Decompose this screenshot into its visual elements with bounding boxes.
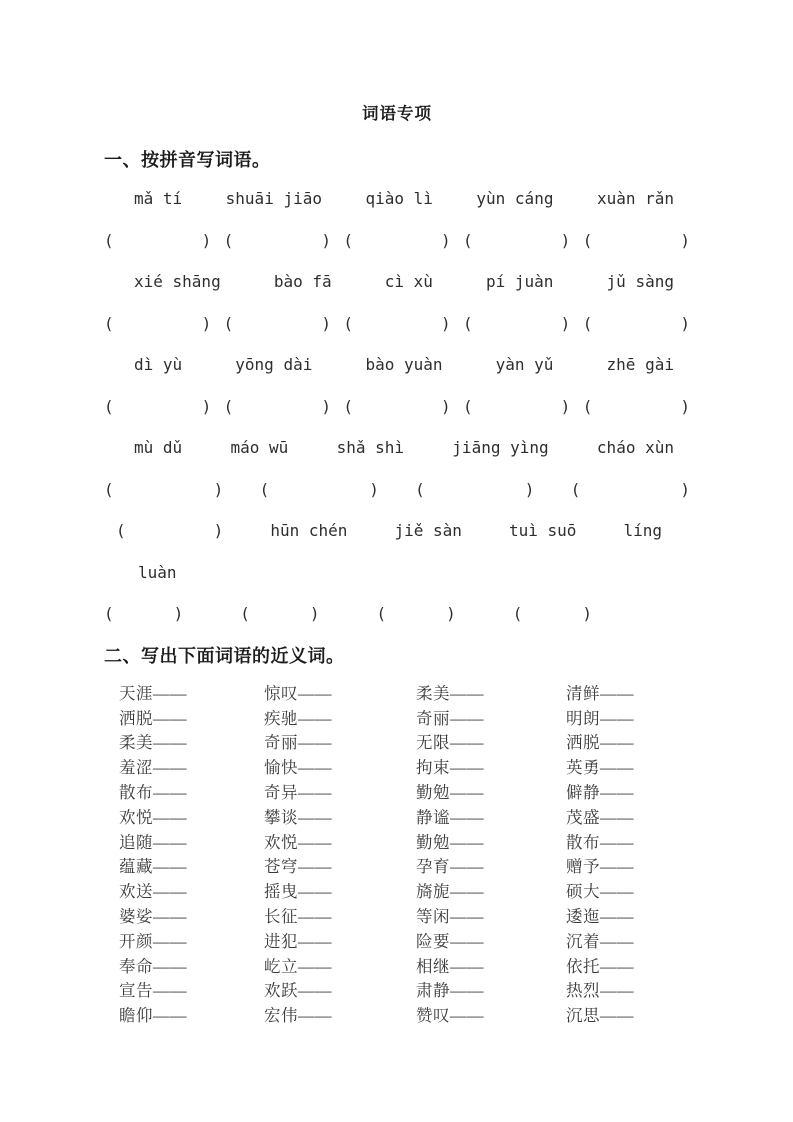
paren-close: )	[680, 314, 690, 333]
answer-blank: ()	[463, 314, 570, 333]
paren-close: )	[441, 397, 451, 416]
synonym-row: 追随—— 欢悦—— 勤勉—— 散布——	[104, 828, 690, 853]
synonym-prompt: 勤勉——	[416, 779, 566, 803]
paren-open: (	[104, 604, 114, 623]
answer-blank: ()	[224, 231, 331, 250]
synonym-prompt: 硕大——	[566, 878, 690, 902]
paren-open: (	[104, 480, 114, 499]
synonym-prompt: 欢悦——	[119, 804, 264, 828]
page-title: 词语专项	[104, 103, 690, 125]
synonym-prompt: 进犯——	[264, 928, 416, 952]
pinyin-item: bào yuàn	[365, 355, 442, 374]
synonym-prompt: 肃静——	[416, 977, 566, 1001]
synonym-prompt: 柔美——	[119, 729, 264, 753]
pinyin-item: qiào lì	[365, 189, 432, 208]
synonym-prompt: 瞻仰——	[119, 1002, 264, 1026]
paren-open: (	[513, 604, 523, 623]
paren-close: )	[446, 604, 456, 623]
answer-blank: ()	[376, 604, 455, 623]
paren-open: (	[583, 397, 593, 416]
paren-open: (	[343, 231, 353, 250]
answer-blanks-row-3: () () () () ()	[104, 386, 690, 428]
synonym-prompt: 静谧——	[416, 804, 566, 828]
pinyin-item: tuì suō	[509, 521, 576, 540]
pinyin-item: jiāng yìng	[452, 438, 548, 457]
answer-blanks-row-2: () () () () ()	[104, 303, 690, 345]
synonym-prompt: 宣告——	[119, 977, 264, 1001]
paren-open: (	[116, 521, 126, 540]
synonym-prompt: 等闲——	[416, 903, 566, 927]
answer-blank: ()	[104, 480, 223, 499]
answer-blank: ()	[240, 604, 319, 623]
synonym-prompt: 沉思——	[566, 1002, 690, 1026]
answer-blank: ()	[463, 231, 570, 250]
synonym-row: 瞻仰—— 宏伟—— 赞叹—— 沉思——	[104, 1002, 690, 1027]
synonym-prompt: 明朗——	[566, 705, 690, 729]
synonym-prompt: 追随——	[119, 829, 264, 853]
paren-open: (	[104, 231, 114, 250]
answer-blank: ()	[104, 397, 211, 416]
pinyin-row-2: xié shāng bào fā cì xù pí juàn jǔ sàng	[104, 261, 690, 303]
synonym-prompt: 旖旎——	[416, 878, 566, 902]
answer-blanks-row-5: () () () ()	[104, 593, 690, 635]
synonym-prompt: 相继——	[416, 953, 566, 977]
synonym-prompt: 沉着——	[566, 928, 690, 952]
answer-blank: ()	[104, 231, 211, 250]
answer-blank: ()	[104, 604, 183, 623]
synonym-prompt: 摇曳——	[264, 878, 416, 902]
paren-close: )	[321, 231, 331, 250]
synonym-row: 欢送—— 摇曳—— 旖旎—— 硕大——	[104, 878, 690, 903]
pinyin-item: pí juàn	[486, 272, 553, 291]
paren-open: (	[224, 397, 234, 416]
paren-close: )	[525, 480, 535, 499]
answer-blank: ()	[104, 314, 211, 333]
section2-synonym-exercise: 天涯—— 惊叹—— 柔美—— 清鲜—— 洒脱—— 疾驰—— 奇丽—— 明朗—— …	[104, 680, 690, 1027]
answer-blanks-row-4: () () () ()	[104, 469, 690, 511]
paren-close: )	[561, 231, 571, 250]
pinyin-item: yōng dài	[235, 355, 312, 374]
answer-blank: ()	[513, 604, 592, 623]
answer-blank: ()	[415, 480, 534, 499]
synonym-prompt: 拘束——	[416, 754, 566, 778]
paren-open: (	[583, 314, 593, 333]
synonym-prompt: 勤勉——	[416, 829, 566, 853]
section1-pinyin-exercise: mǎ tí shuāi jiāo qiào lì yùn cáng xuàn r…	[104, 178, 690, 635]
pinyin-item: dì yù	[134, 355, 182, 374]
answer-blank: ()	[583, 314, 690, 333]
synonym-prompt: 散布——	[119, 779, 264, 803]
paren-close: )	[561, 397, 571, 416]
paren-close: )	[321, 397, 331, 416]
answer-blank: ()	[343, 397, 450, 416]
paren-open: (	[224, 314, 234, 333]
paren-open: (	[104, 314, 114, 333]
synonym-prompt: 愉快——	[264, 754, 416, 778]
pinyin-row-4: mù dǔ máo wū shǎ shì jiāng yìng cháo xùn	[104, 427, 690, 469]
pinyin-item: máo wū	[230, 438, 288, 457]
synonym-prompt: 惊叹——	[264, 680, 416, 704]
synonym-row: 柔美—— 奇丽—— 无限—— 洒脱——	[104, 729, 690, 754]
pinyin-item: xuàn rǎn	[597, 189, 674, 208]
answer-blank: ()	[116, 521, 223, 540]
paren-close: )	[214, 480, 224, 499]
synonym-prompt: 无限——	[416, 729, 566, 753]
paren-open: (	[463, 231, 473, 250]
synonym-prompt: 清鲜——	[566, 680, 690, 704]
paren-close: )	[441, 314, 451, 333]
synonym-prompt: 奇异——	[264, 779, 416, 803]
synonym-prompt: 天涯——	[119, 680, 264, 704]
pinyin-item: jiě sàn	[394, 521, 461, 540]
paren-close: )	[680, 480, 690, 499]
synonym-row: 欢悦—— 攀谈—— 静谧—— 茂盛——	[104, 803, 690, 828]
synonym-prompt: 险要——	[416, 928, 566, 952]
section1-heading: 一、按拼音写词语。	[104, 150, 690, 170]
section2-heading: 二、写出下面词语的近义词。	[104, 646, 690, 666]
pinyin-item: luàn	[138, 563, 177, 582]
answer-blank: ()	[260, 480, 379, 499]
synonym-prompt: 长征——	[264, 903, 416, 927]
synonym-prompt: 依托——	[566, 953, 690, 977]
synonym-row: 洒脱—— 疾驰—— 奇丽—— 明朗——	[104, 704, 690, 729]
synonym-prompt: 孕育——	[416, 853, 566, 877]
paren-open: (	[104, 397, 114, 416]
synonym-prompt: 奇丽——	[264, 729, 416, 753]
paren-open: (	[260, 480, 270, 499]
paren-close: )	[680, 231, 690, 250]
pinyin-item: yàn yǔ	[496, 355, 554, 374]
synonym-prompt: 英勇——	[566, 754, 690, 778]
paren-open: (	[376, 604, 386, 623]
synonym-prompt: 屹立——	[264, 953, 416, 977]
paren-close: )	[582, 604, 592, 623]
pinyin-item: hūn chén	[270, 521, 347, 540]
synonym-row: 奉命—— 屹立—— 相继—— 依托——	[104, 952, 690, 977]
paren-close: )	[321, 314, 331, 333]
paren-close: )	[680, 397, 690, 416]
synonym-row: 蕴藏—— 苍穹—— 孕育—— 赠予——	[104, 853, 690, 878]
pinyin-row-1: mǎ tí shuāi jiāo qiào lì yùn cáng xuàn r…	[104, 178, 690, 220]
synonym-row: 婆娑—— 长征—— 等闲—— 逶迤——	[104, 903, 690, 928]
synonym-prompt: 宏伟——	[264, 1002, 416, 1026]
synonym-prompt: 欢跃——	[264, 977, 416, 1001]
paren-open: (	[240, 604, 250, 623]
answer-blanks-row-1: () () () () ()	[104, 220, 690, 262]
answer-blank: ()	[571, 480, 690, 499]
synonym-prompt: 苍穹——	[264, 853, 416, 877]
pinyin-item: bào fā	[274, 272, 332, 291]
pinyin-item: jǔ sàng	[607, 272, 674, 291]
paren-close: )	[369, 480, 379, 499]
synonym-row: 散布—— 奇异—— 勤勉—— 僻静——	[104, 779, 690, 804]
paren-open: (	[224, 231, 234, 250]
synonym-prompt: 洒脱——	[566, 729, 690, 753]
synonym-prompt: 疾驰——	[264, 705, 416, 729]
synonym-prompt: 逶迤——	[566, 903, 690, 927]
synonym-prompt: 奇丽——	[416, 705, 566, 729]
synonym-row: 开颜—— 进犯—— 险要—— 沉着——	[104, 927, 690, 952]
synonym-prompt: 蕴藏——	[119, 853, 264, 877]
synonym-prompt: 柔美——	[416, 680, 566, 704]
synonym-prompt: 赞叹——	[416, 1002, 566, 1026]
answer-blank: ()	[583, 397, 690, 416]
synonym-prompt: 欢悦——	[264, 829, 416, 853]
answer-blank: ()	[343, 314, 450, 333]
pinyin-row-3: dì yù yōng dài bào yuàn yàn yǔ zhē gài	[104, 344, 690, 386]
synonym-row: 宣告—— 欢跃—— 肃静—— 热烈——	[104, 977, 690, 1002]
pinyin-item: shǎ shì	[337, 438, 404, 457]
synonym-row: 羞涩—— 愉快—— 拘束—— 英勇——	[104, 754, 690, 779]
synonym-prompt: 僻静——	[566, 779, 690, 803]
pinyin-row-6: luàn	[104, 552, 690, 594]
paren-open: (	[463, 397, 473, 416]
paren-close: )	[202, 314, 212, 333]
answer-blank: ()	[224, 397, 331, 416]
synonym-prompt: 热烈——	[566, 977, 690, 1001]
pinyin-item: zhē gài	[607, 355, 674, 374]
answer-blank: ()	[224, 314, 331, 333]
answer-blank: ()	[343, 231, 450, 250]
pinyin-item: shuāi jiāo	[226, 189, 322, 208]
worksheet-page: 词语专项 一、按拼音写词语。 mǎ tí shuāi jiāo qiào lì …	[0, 0, 793, 1122]
synonym-prompt: 婆娑——	[119, 903, 264, 927]
pinyin-row-5: () hūn chén jiě sàn tuì suō líng	[104, 510, 690, 552]
answer-blank: ()	[583, 231, 690, 250]
answer-blank: ()	[463, 397, 570, 416]
synonym-prompt: 赠予——	[566, 853, 690, 877]
paren-close: )	[214, 521, 224, 540]
synonym-prompt: 欢送——	[119, 878, 264, 902]
paren-open: (	[343, 397, 353, 416]
pinyin-item: líng	[623, 521, 662, 540]
paren-close: )	[174, 604, 184, 623]
synonym-prompt: 奉命——	[119, 953, 264, 977]
paren-close: )	[202, 231, 212, 250]
paren-close: )	[561, 314, 571, 333]
paren-open: (	[343, 314, 353, 333]
pinyin-item: yùn cáng	[476, 189, 553, 208]
synonym-row: 天涯—— 惊叹—— 柔美—— 清鲜——	[104, 680, 690, 705]
synonym-prompt: 羞涩——	[119, 754, 264, 778]
pinyin-item: mù dǔ	[134, 438, 182, 457]
pinyin-item: xié shāng	[134, 272, 221, 291]
synonym-prompt: 攀谈——	[264, 804, 416, 828]
pinyin-item: cháo xùn	[597, 438, 674, 457]
pinyin-item: mǎ tí	[134, 189, 182, 208]
paren-close: )	[202, 397, 212, 416]
paren-open: (	[571, 480, 581, 499]
paren-open: (	[463, 314, 473, 333]
synonym-prompt: 茂盛——	[566, 804, 690, 828]
paren-open: (	[415, 480, 425, 499]
pinyin-item: cì xù	[385, 272, 433, 291]
synonym-prompt: 散布——	[566, 829, 690, 853]
paren-open: (	[583, 231, 593, 250]
synonym-prompt: 洒脱——	[119, 705, 264, 729]
synonym-prompt: 开颜——	[119, 928, 264, 952]
paren-close: )	[310, 604, 320, 623]
paren-close: )	[441, 231, 451, 250]
